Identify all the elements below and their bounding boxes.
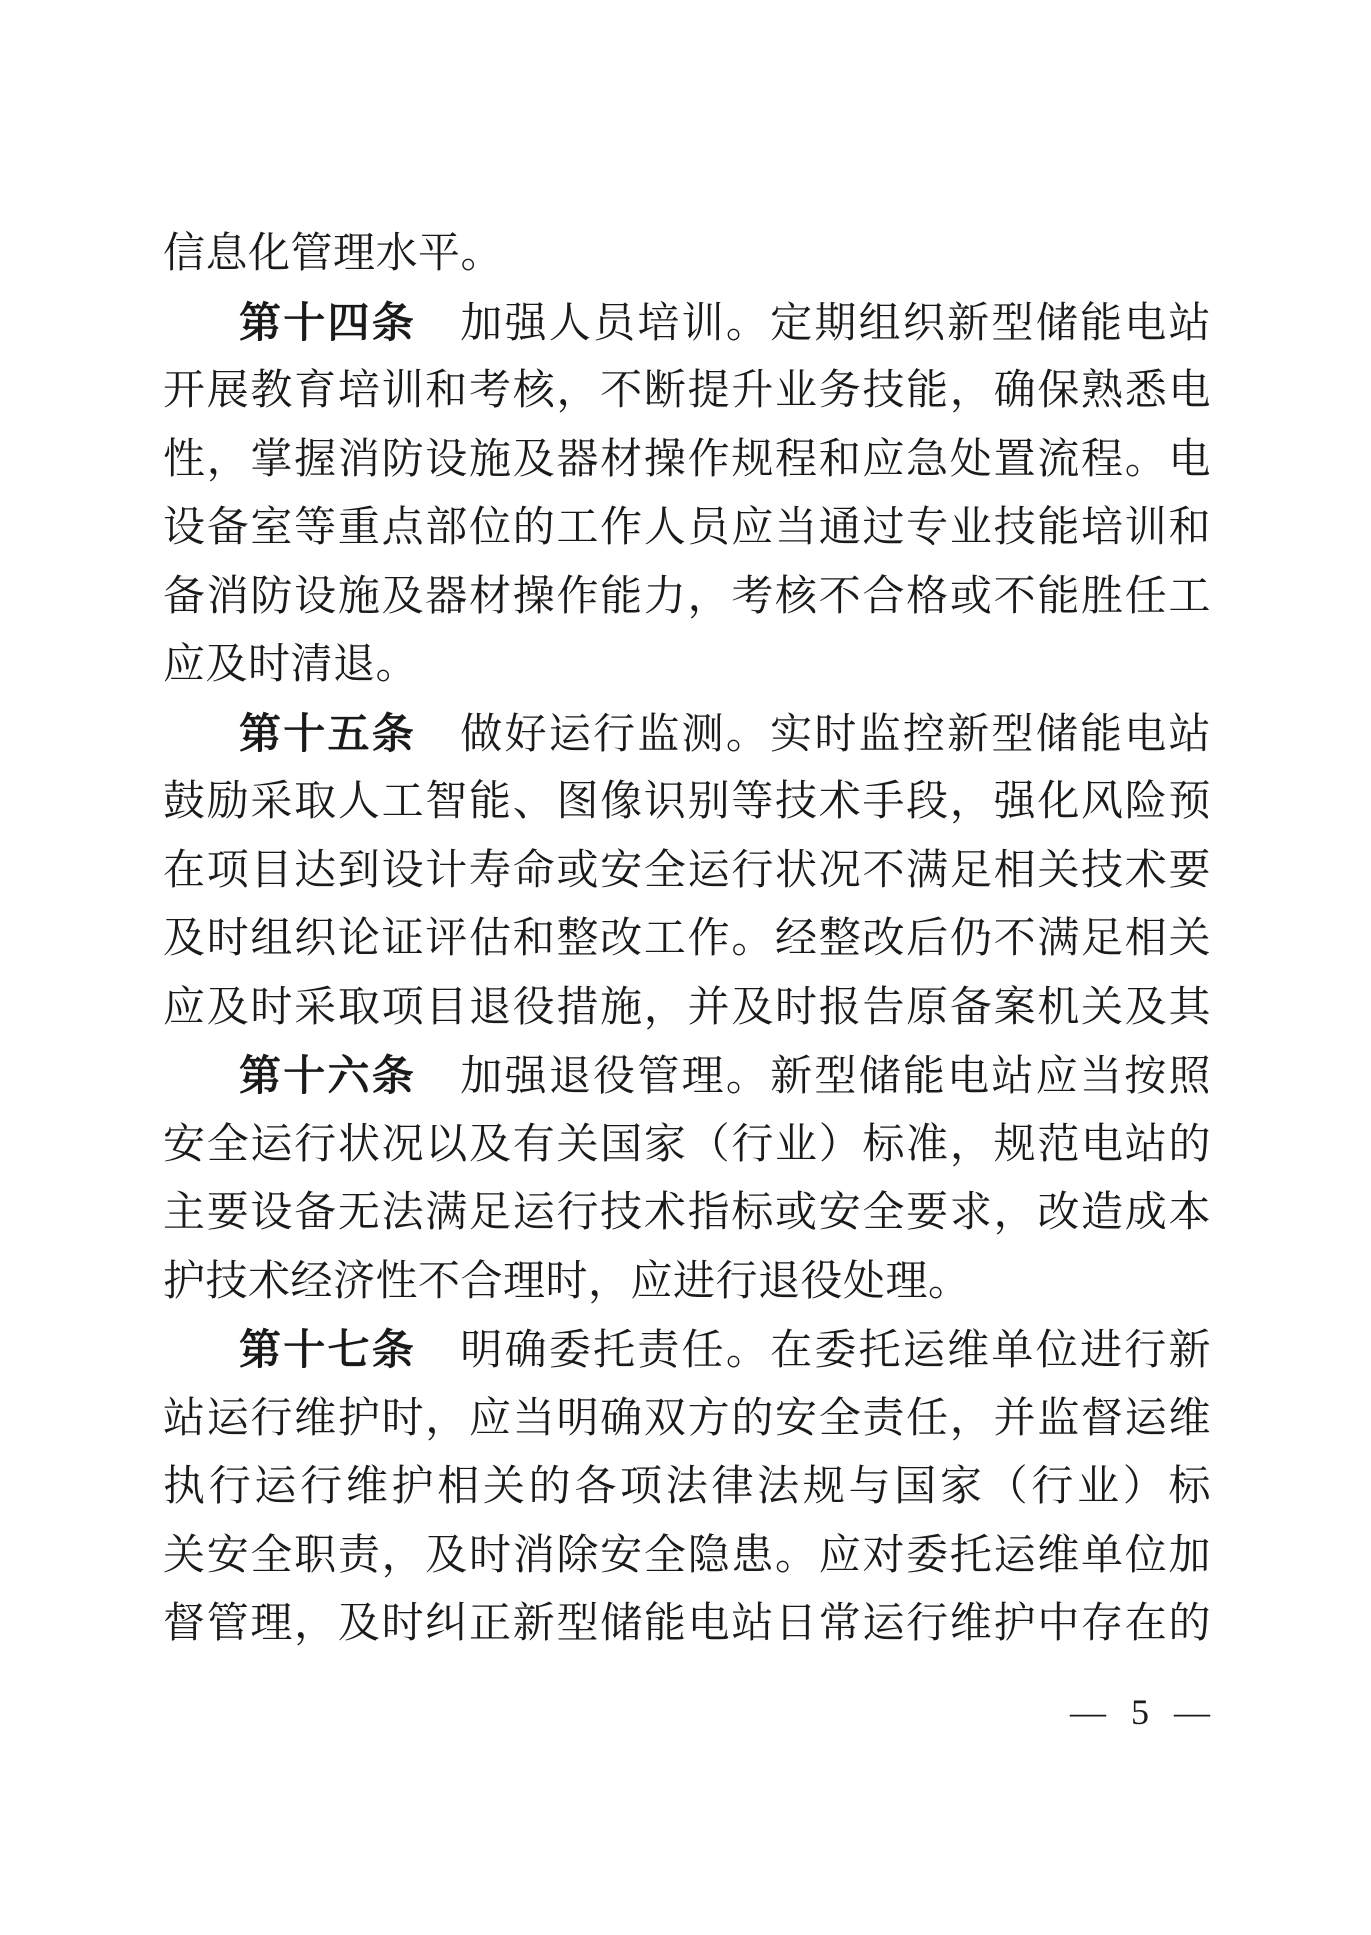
text-segment: 安全运行状况以及有关国家（行业）标准，规范电站的退役管理。 xyxy=(163,1122,1211,1180)
article-number: 第十五条 xyxy=(239,710,416,757)
page-number: — 5 — xyxy=(1070,1690,1210,1734)
text-line: 第十六条 加强退役管理。新型储能电站应当按照设计寿命、 xyxy=(163,1042,1211,1111)
article-number: 第十六条 xyxy=(239,1052,416,1099)
text-segment: 在项目达到设计寿命或安全运行状况不满足相关技术要求时，应 xyxy=(163,848,1211,906)
text-line: 督管理，及时纠正新型储能电站日常运行维护中存在的规章制度 xyxy=(163,1590,1211,1659)
text-line: 主要设备无法满足运行技术指标或安全要求，改造成本或检修维 xyxy=(163,1179,1211,1248)
text-segment: 护技术经济性不合理时，应进行退役处理。 xyxy=(163,1259,971,1305)
article-number: 第十四条 xyxy=(239,299,416,346)
text-line: 在项目达到设计寿命或安全运行状况不满足相关技术要求时，应 xyxy=(163,837,1211,906)
text-line: 护技术经济性不合理时，应进行退役处理。 xyxy=(163,1248,1211,1317)
text-line: 站运行维护时，应当明确双方的安全责任，并监督运维单位严格 xyxy=(163,1385,1211,1454)
text-line: 应及时清退。 xyxy=(163,631,1211,700)
text-line: 关安全职责，及时消除安全隐患。应对委托运维单位加强日常监 xyxy=(163,1522,1211,1591)
text-line: 第十五条 做好运行监测。实时监控新型储能电站运行工况， xyxy=(163,700,1211,769)
text-segment: 主要设备无法满足运行技术指标或安全要求，改造成本或检修维 xyxy=(163,1190,1211,1248)
text-line: 性，掌握消防设施及器材操作规程和应急处置流程。电站控制室、 xyxy=(163,426,1211,495)
text-line: 安全运行状况以及有关国家（行业）标准，规范电站的退役管理。 xyxy=(163,1111,1211,1180)
document-page: 信息化管理水平。第十四条 加强人员培训。定期组织新型储能电站从业人员开展教育培训… xyxy=(0,0,1371,1935)
text-segment: 设备室等重点部位的工作人员应当通过专业技能培训和考核，具 xyxy=(163,505,1211,563)
text-segment: 应及时采取项目退役措施，并及时报告原备案机关及其他相关单位。 xyxy=(163,985,1211,1043)
text-line: 应及时采取项目退役措施，并及时报告原备案机关及其他相关单位。 xyxy=(163,974,1211,1043)
text-line: 及时组织论证评估和整改工作。经整改后仍不满足相关要求的， xyxy=(163,905,1211,974)
document-body: 信息化管理水平。第十四条 加强人员培训。定期组织新型储能电站从业人员开展教育培训… xyxy=(163,220,1211,1659)
text-line: 第十四条 加强人员培训。定期组织新型储能电站从业人员 xyxy=(163,289,1211,358)
text-line: 开展教育培训和考核，不断提升业务技能，确保熟悉电站事故特 xyxy=(163,357,1211,426)
text-segment: 开展教育培训和考核，不断提升业务技能，确保熟悉电站事故特 xyxy=(163,368,1211,426)
text-segment: 执行运行维护相关的各项法律法规与国家（行业）标准，履行相 xyxy=(163,1464,1211,1522)
text-segment: 督管理，及时纠正新型储能电站日常运行维护中存在的规章制度 xyxy=(163,1601,1211,1659)
text-segment: 站运行维护时，应当明确双方的安全责任，并监督运维单位严格 xyxy=(163,1396,1211,1454)
article-number: 第十七条 xyxy=(239,1326,416,1373)
text-line: 第十七条 明确委托责任。在委托运维单位进行新型储能电 xyxy=(163,1316,1211,1385)
text-line: 备消防设施及器材操作能力，考核不合格或不能胜任工作岗位的 xyxy=(163,563,1211,632)
text-segment: 备消防设施及器材操作能力，考核不合格或不能胜任工作岗位的 xyxy=(163,574,1211,632)
text-segment: 鼓励采取人工智能、图像识别等技术手段，强化风险预警和管控。 xyxy=(163,779,1211,837)
text-segment: 信息化管理水平。 xyxy=(163,231,503,277)
text-line: 执行运行维护相关的各项法律法规与国家（行业）标准，履行相 xyxy=(163,1453,1211,1522)
text-line: 信息化管理水平。 xyxy=(163,220,1211,289)
text-segment: 性，掌握消防设施及器材操作规程和应急处置流程。电站控制室、 xyxy=(163,437,1211,495)
text-segment: 应及时清退。 xyxy=(163,642,418,688)
text-segment: 及时组织论证评估和整改工作。经整改后仍不满足相关要求的， xyxy=(163,916,1211,974)
text-line: 设备室等重点部位的工作人员应当通过专业技能培训和考核，具 xyxy=(163,494,1211,563)
text-segment: 关安全职责，及时消除安全隐患。应对委托运维单位加强日常监 xyxy=(163,1533,1211,1591)
text-line: 鼓励采取人工智能、图像识别等技术手段，强化风险预警和管控。 xyxy=(163,768,1211,837)
